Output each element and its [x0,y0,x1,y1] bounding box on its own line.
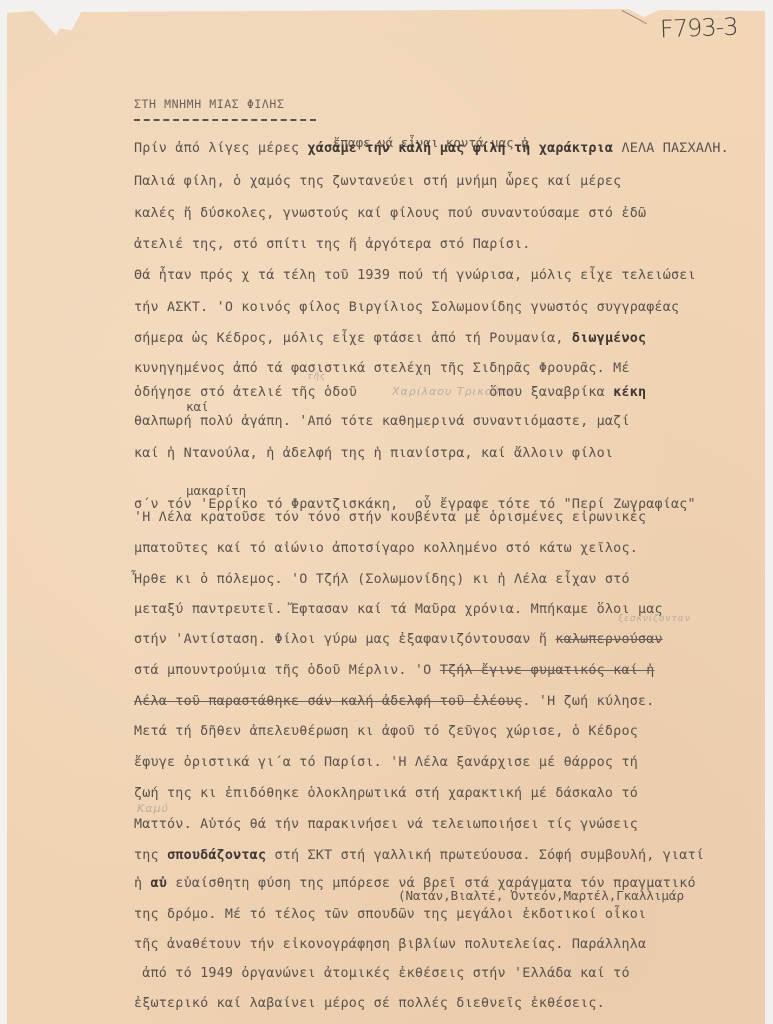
struck-text: καλωπερνούσαν [555,632,662,647]
struck-text: κέκη [613,385,646,400]
text-line: Πρίν ἀπό λίγες μέρες χάσαμε τήν καλή μας… [134,141,729,156]
struck-text: διωγμένος [572,331,646,346]
text-line: ἀπό τό 1949 ὀργανώνει ἀτομικές ἐκθέσεις … [134,966,630,981]
interlinear-insert: καί [186,399,209,414]
text-line: μπατοῦτες καί τό αἰώνιο ἀποτσίγαρο κολλη… [134,541,638,556]
struck-text: Λέλα τοῦ παραστάθηκε σάν καλή ἀδελφή τοῦ… [134,694,522,709]
text-line: κυνηγημένος ἀπό τά φασιστικά στελέχη τῆς… [134,361,630,376]
document-title: ΣΤΗ ΜΝΗΜΗ ΜΙΑΣ ΦΙΛΗΣ [134,97,284,111]
text-line: μεταξύ παντρευτεῖ. Ἔφτασαν καί τά Μαῦρα … [134,602,663,617]
text-line: Ματτόν. Αὐτός θά τήν παρακινήσει νά τελε… [134,817,638,832]
struck-text: χάσαμε τήν καλή μας φίλη τή χαράκτρια [308,141,614,156]
text-line: της δρόμο. Μέ τό τέλος τῶν σπουδῶν της μ… [134,907,646,922]
title-underline [134,119,316,121]
text-line: Παλιά φίλη, ὁ χαμός της ζωντανεύει στή μ… [134,174,621,189]
text-line: καί ἡ Ντανούλα, ἡ ἀδελφή της ἡ πιανίστρα… [134,446,613,461]
text-line: Ἦρθε κι ὁ πόλεμος. 'Ο Τζήλ (Σολωμονίδης)… [134,572,630,587]
scanned-page: F793-3 ΣΤΗ ΜΝΗΜΗ ΜΙΑΣ ΦΙΛΗΣ ἔπαφε νά εἶν… [0,0,773,1024]
text-line: θαλπωρή πολύ ἀγάπη. 'Από τότε καθημερινά… [134,414,630,429]
struck-text: Τζήλ ἔγινε φυματικός καί ἡ [440,663,655,678]
text-line: ἀτελιέ της, στό σπίτι της ἤ ἀργότερα στό… [134,237,531,252]
text-line: ζωή της κι ἐπιδόθηκε ὁλοκληρωτικά στή χα… [134,786,638,801]
text-line: τήν ΑΣΚΤ. 'Ο κοινός φίλος Βιργίλιος Σολω… [134,300,679,315]
text-line: στήν 'Αντίσταση. Φίλοι γύρω μας ἐξαφανιζ… [134,632,663,647]
text-line: καλές ἤ δύσκολες, γνωστούς καί φίλους πο… [134,206,646,221]
text-line: Λέλα τοῦ παραστάθηκε σάν καλή ἀδελφή τοῦ… [134,694,655,709]
text-line: ἔφυγε ὁριστικά γι΄α τό Παρίσι. 'Η Λέλα ξ… [134,755,638,770]
archive-reference: F793-3 [660,13,738,44]
text-line: ὁδήγησε στό ἀτελιέ τῆς ὁδοῦ ὅπου ξαναβρί… [134,385,646,400]
text-line: Θά ἦταν πρός χ τά τέλη τοῦ 1939 πού τή γ… [134,268,696,283]
text-line: 'Η Λέλα κρατοῦσε τόν τόνο στήν κουβέντα … [134,510,646,525]
struck-text: αὐ [151,876,168,891]
text-line: τῆς ἀναθέτουν τήν εἰκονογράφηση βιβλίων … [134,937,646,952]
text-line: ἐξωτερικό καί λαβαίνει μέρος σέ πολλές δ… [134,996,605,1011]
text-line: σήμερα ὡς Κέδρος, μόλις εἶχε φτάσει ἀπό … [134,331,646,346]
text-line: της σπουδάζοντας στή ΣΚΤ στή γαλλική πρω… [134,848,704,863]
pencil-note-camus: Καμύ [137,802,169,815]
text-line: Μετά τή δῆθεν ἀπελευθέρωση κι ἀφοῦ τό ζε… [134,724,638,739]
struck-text: σπουδάζοντας [167,848,266,863]
text-line: ἡ αὐ εὐαίσθητη φύση της μπόρεσε νά βρεῖ … [134,876,696,891]
text-line: στά μπουντρούμια τῆς ὁδοῦ Μέρλιν. 'Ο Τζή… [134,663,655,678]
interlinear-insert: μακαρίτη [186,483,246,498]
